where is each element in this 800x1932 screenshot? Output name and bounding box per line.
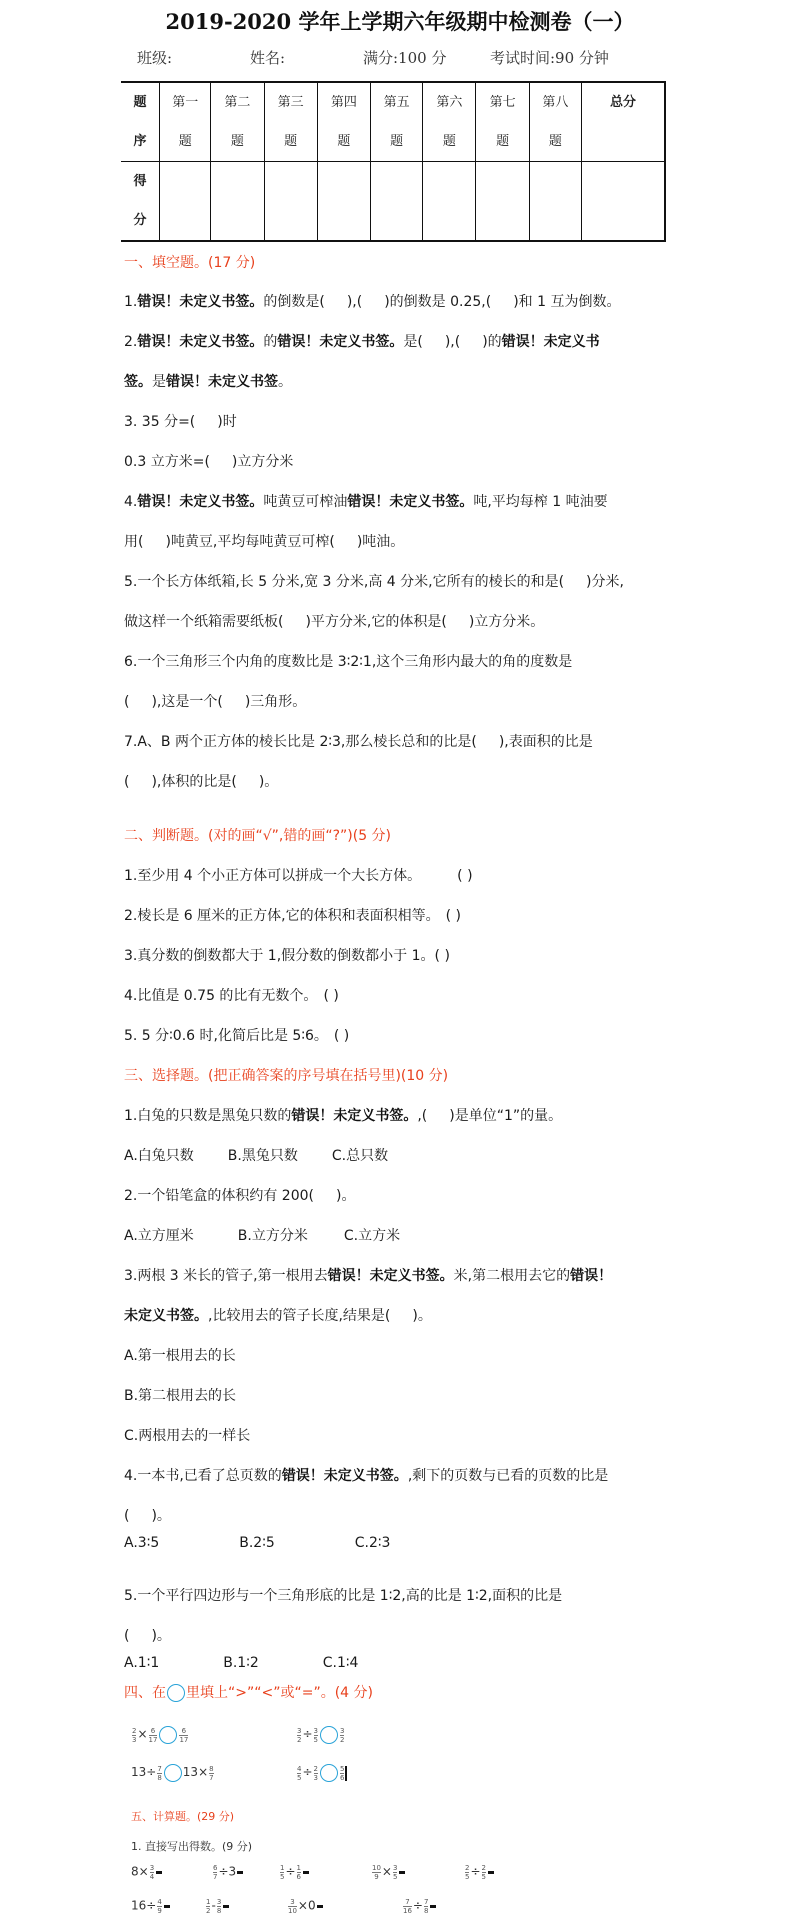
score-cell-q7[interactable] — [476, 162, 529, 242]
score-cell-total[interactable] — [581, 162, 665, 242]
col-q3: 第三题 — [264, 82, 317, 162]
compare-circle-4[interactable] — [320, 1764, 338, 1782]
s5-calc-9: 716÷78 — [402, 1898, 436, 1915]
col-q4: 第四题 — [317, 82, 370, 162]
score-cell-q1[interactable] — [160, 162, 211, 242]
s5-subsection-1: 1. 直接写出得数。(9 分) — [131, 1838, 252, 1854]
s3-question-3-option-c: C.两根用去的一样长 — [124, 1425, 250, 1445]
col-q5: 第五题 — [371, 82, 423, 162]
score-cell-q2[interactable] — [211, 162, 264, 242]
s5-calc-1: 8×34 — [131, 1864, 162, 1881]
s5-calc-4: 109×35 — [371, 1864, 405, 1881]
section-1-title: 一、填空题。(17 分) — [124, 252, 255, 272]
score-cell-q6[interactable] — [423, 162, 476, 242]
col-q6: 第六题 — [423, 82, 476, 162]
score-cell-q8[interactable] — [529, 162, 581, 242]
s3-question-2-options: A.立方厘米B.立方分米C.立方米 — [124, 1225, 400, 1245]
s1-question-7-line2: (),体积的比是()。 — [124, 771, 278, 791]
s4-item-1: 23×617617 — [131, 1726, 189, 1744]
compare-circle-3[interactable] — [164, 1764, 182, 1782]
s3-question-1: 1.白兔的只数是黑兔只数的错误！未定义书签。,()是单位“1”的量。 — [124, 1105, 562, 1125]
s3-question-3-line2: 未定义书签。,比较用去的管子长度,结果是()。 — [124, 1305, 432, 1325]
s3-question-4-line1: 4.一本书,已看了总页数的错误！未定义书签。,剩下的页数与已看的页数的比是 — [124, 1465, 608, 1485]
s3-question-3-option-b: B.第二根用去的长 — [124, 1385, 236, 1405]
s3-question-4-line2: ()。 — [124, 1505, 171, 1525]
s1-question-5-line2: 做这样一个纸箱需要纸板()平方分米,它的体积是()立方分米。 — [124, 611, 544, 631]
s1-question-2-line1: 2.错误！未定义书签。的错误！未定义书签。是(),()的错误！未定义书 — [124, 331, 600, 351]
page-title: 2019-2020 学年上学期六年级期中检测卷（一） — [0, 6, 800, 36]
s1-question-3b: 0.3 立方米=()立方分米 — [124, 451, 293, 471]
s1-question-3a: 3. 35 分=()时 — [124, 411, 237, 431]
s3-question-4-options: A.3∶5B.2∶5C.2∶3 — [124, 1535, 390, 1551]
col-q7: 第七题 — [476, 82, 529, 162]
exam-time: 考试时间:90 分钟 — [490, 47, 609, 68]
s2-item-3: 3.真分数的倒数都大于 1,假分数的倒数都小于 1。( ) — [124, 945, 450, 965]
col-q1: 第一题 — [160, 82, 211, 162]
section-2-title: 二、判断题。(对的画“√”,错的画“?”)(5 分) — [124, 825, 391, 845]
s4-item-2: 32÷3532 — [296, 1726, 345, 1744]
s3-question-2: 2.一个铅笔盒的体积约有 200()。 — [124, 1185, 355, 1205]
s1-question-6-line2: (),这是一个()三角形。 — [124, 691, 306, 711]
s3-question-5-options: A.1∶1B.1∶2C.1∶4 — [124, 1655, 358, 1671]
s2-item-4: 4.比值是 0.75 的比有无数个。( ) — [124, 985, 339, 1005]
section-4-title: 四、在里填上“>”“<”或“=”。(4 分) — [124, 1682, 373, 1702]
s5-calc-8: 310×0 — [287, 1898, 323, 1915]
s2-item-2: 2.棱长是 6 厘米的正方体,它的体积和表面积相等。( ) — [124, 905, 461, 925]
score-table: 题序 第一题 第二题 第三题 第四题 第五题 第六题 第七题 第八题 总分 得分 — [121, 81, 666, 242]
row-label-order: 题序 — [121, 82, 160, 162]
s3-question-5-line1: 5.一个平行四边形与一个三角形底的比是 1∶2,高的比是 1∶2,面积的比是 — [124, 1585, 562, 1605]
s3-question-3-line1: 3.两根 3 米长的管子,第一根用去错误！未定义书签。米,第二根用去它的错误！ — [124, 1265, 612, 1285]
s4-item-4: 45÷2356 — [296, 1764, 347, 1782]
full-score: 满分:100 分 — [363, 47, 446, 68]
score-cell-q3[interactable] — [264, 162, 317, 242]
compare-circle-1[interactable] — [159, 1726, 177, 1744]
compare-circle-2[interactable] — [320, 1726, 338, 1744]
class-label: 班级: — [137, 47, 172, 68]
table-row-question-order: 题序 第一题 第二题 第三题 第四题 第五题 第六题 第七题 第八题 总分 — [121, 82, 665, 162]
s3-question-1-options: A.白兔只数B.黑兔只数C.总只数 — [124, 1145, 388, 1165]
section-5-title: 五、计算题。(29 分) — [131, 1808, 234, 1824]
s5-calc-2: 67÷3 — [212, 1864, 243, 1881]
s1-question-5-line1: 5.一个长方体纸箱,长 5 分米,宽 3 分米,高 4 分米,它所有的棱长的和是… — [124, 571, 624, 591]
s3-question-5-line2: ()。 — [124, 1625, 171, 1645]
s2-item-5: 5. 5 分∶0.6 时,化简后比是 5∶6。( ) — [124, 1025, 349, 1045]
s1-question-2-line2: 签。是错误！未定义书签。 — [124, 371, 292, 391]
s5-calc-5: 25÷25 — [464, 1864, 494, 1881]
s3-question-3-option-a: A.第一根用去的长 — [124, 1345, 236, 1365]
s5-calc-3: 15÷16 — [279, 1864, 309, 1881]
row-label-score: 得分 — [121, 162, 160, 242]
s2-item-1: 1.至少用 4 个小正方体可以拼成一个大长方体。( ) — [124, 865, 473, 885]
col-q2: 第二题 — [211, 82, 264, 162]
s1-question-7-line1: 7.A、B 两个正方体的棱长比是 2∶3,那么棱长总和的比是(),表面积的比是 — [124, 731, 593, 751]
s1-question-4-line2: 用()吨黄豆,平均每吨黄豆可榨()吨油。 — [124, 531, 404, 551]
s5-calc-6: 16÷49 — [131, 1898, 170, 1915]
s5-calc-7: 12-38 — [205, 1898, 229, 1915]
name-label: 姓名: — [250, 47, 285, 68]
s1-question-4-line1: 4.错误！未定义书签。吨黄豆可榨油错误！未定义书签。吨,平均每榨 1 吨油要 — [124, 491, 608, 511]
s1-question-6-line1: 6.一个三角形三个内角的度数比是 3∶2∶1,这个三角形内最大的角的度数是 — [124, 651, 572, 671]
col-q8: 第八题 — [529, 82, 581, 162]
table-row-score: 得分 — [121, 162, 665, 242]
col-total: 总分 — [581, 82, 665, 162]
circle-icon — [167, 1684, 185, 1702]
section-3-title: 三、选择题。(把正确答案的序号填在括号里)(10 分) — [124, 1065, 448, 1085]
s4-item-3: 13÷7813×87 — [131, 1764, 215, 1782]
score-cell-q5[interactable] — [371, 162, 423, 242]
s1-question-1: 1.错误！未定义书签。的倒数是(),()的倒数是 0.25,()和 1 互为倒数… — [124, 291, 620, 311]
score-cell-q4[interactable] — [317, 162, 370, 242]
text-cursor — [345, 1766, 347, 1781]
